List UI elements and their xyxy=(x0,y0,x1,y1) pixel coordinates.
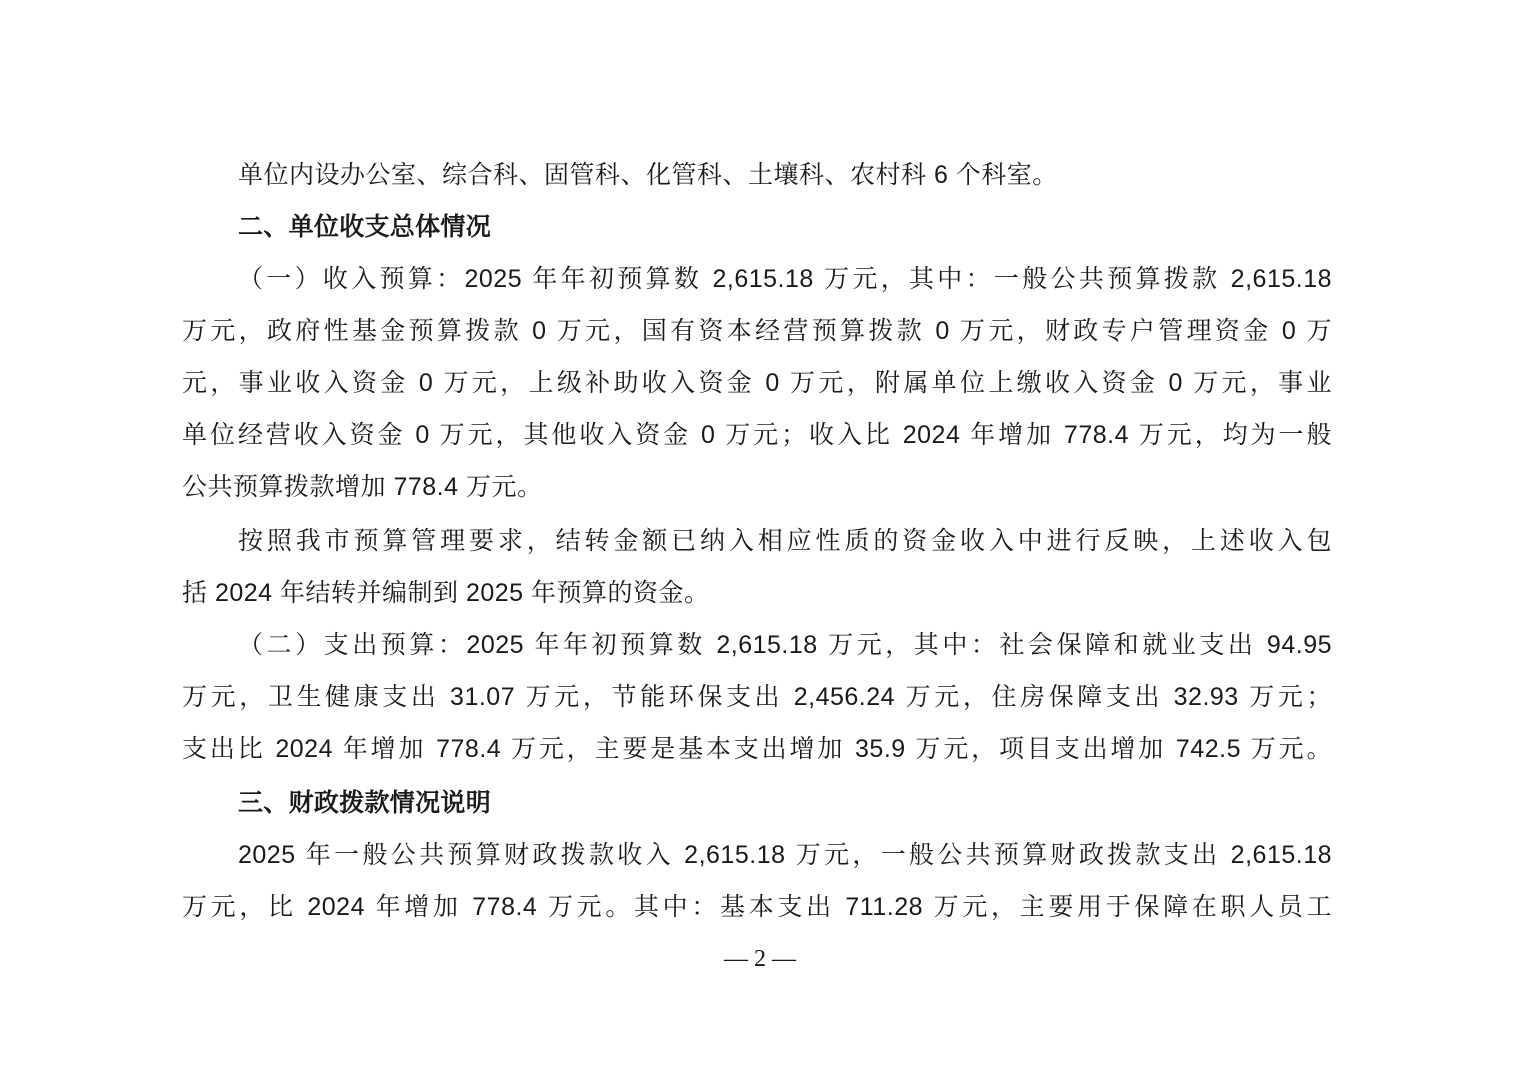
section-heading-income-expenditure-overview: 二、单位收支总体情况 xyxy=(238,210,1388,244)
paragraph-line: 括 2024 年结转并编制到 2025 年预算的资金。 xyxy=(182,576,1332,610)
paragraph-line: 万元，卫生健康支出 31.07 万元，节能环保支出 2,456.24 万元，住房… xyxy=(182,680,1332,714)
paragraph-line: 万元，政府性基金预算拨款 0 万元，国有资本经营预算拨款 0 万元，财政专户管理… xyxy=(182,314,1332,348)
document-page: 单位内设办公室、综合科、固管科、化管科、土壤科、农村科 6 个科室。 二、单位收… xyxy=(0,0,1520,1074)
paragraph-line: 元，事业收入资金 0 万元，上级补助收入资金 0 万元，附属单位上缴收入资金 0… xyxy=(182,366,1332,400)
paragraph-line-expenditure-budget: （二）支出预算：2025 年年初预算数 2,615.18 万元，其中：社会保障和… xyxy=(238,628,1332,662)
paragraph-line-carryover-note: 按照我市预算管理要求，结转金额已纳入相应性质的资金收入中进行反映，上述收入包 xyxy=(238,524,1332,558)
paragraph-line: 支出比 2024 年增加 778.4 万元，主要是基本支出增加 35.9 万元，… xyxy=(182,732,1332,766)
paragraph-line: 公共预算拨款增加 778.4 万元。 xyxy=(182,470,1332,504)
paragraph-line-income-budget: （一）收入预算：2025 年年初预算数 2,615.18 万元，其中：一般公共预… xyxy=(238,262,1332,296)
section-heading-fiscal-appropriation: 三、财政拨款情况说明 xyxy=(238,786,1388,820)
paragraph-line-fiscal-appropriation: 2025 年一般公共预算财政拨款收入 2,615.18 万元，一般公共预算财政拨… xyxy=(238,838,1332,872)
paragraph-line: 单位经营收入资金 0 万元，其他收入资金 0 万元；收入比 2024 年增加 7… xyxy=(182,418,1332,452)
paragraph-line-internal-departments: 单位内设办公室、综合科、固管科、化管科、土壤科、农村科 6 个科室。 xyxy=(238,158,1388,192)
page-number: — 2 — xyxy=(0,944,1520,974)
paragraph-line: 万元，比 2024 年增加 778.4 万元。其中：基本支出 711.28 万元… xyxy=(182,890,1332,924)
